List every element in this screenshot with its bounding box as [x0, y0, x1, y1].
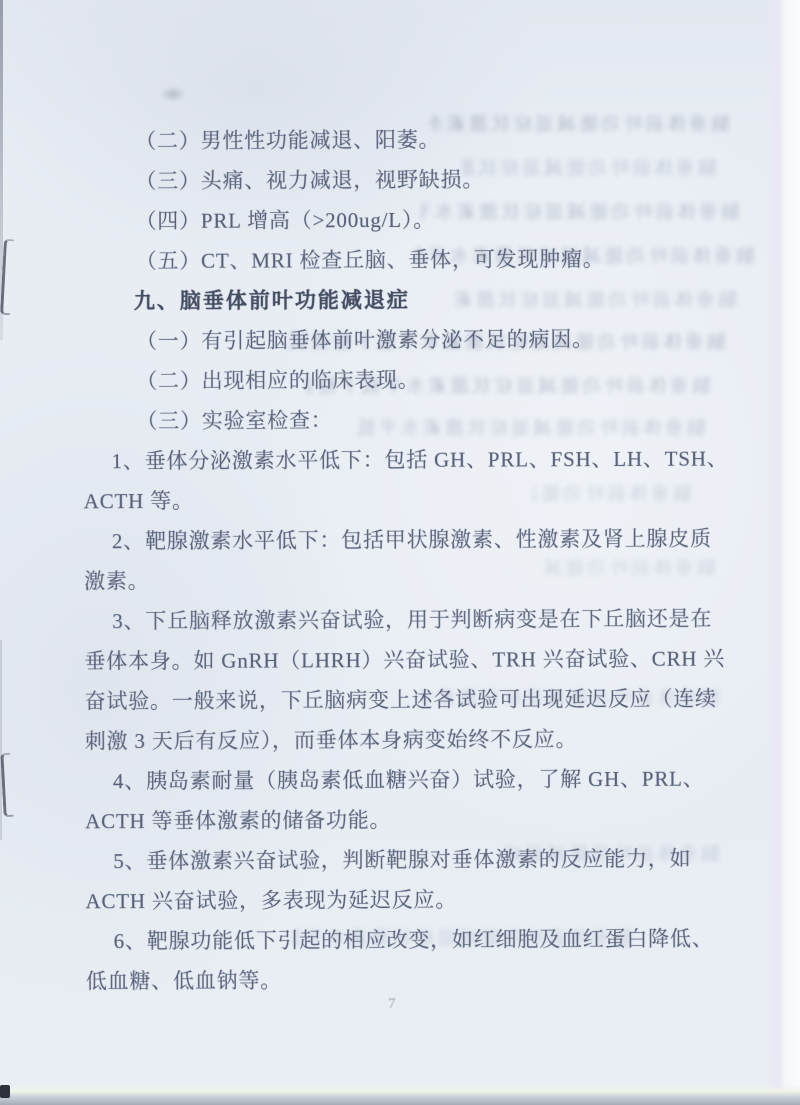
text-line: （五）CT、MRI 检查丘脑、垂体，可发现肿瘤。	[0, 238, 767, 281]
text-line: 1、垂体分泌激素水平低下：包括 GH、PRL、FSH、LH、TSH、	[0, 438, 768, 481]
text-line: 4、胰岛素耐量（胰岛素低血糖兴奋）试验，了解 GH、PRL、	[1, 758, 769, 801]
text-line: 6、靶腺功能低下引起的相应改变，如红细胞及血红蛋白降低、	[2, 918, 770, 961]
page-right-edge	[766, 0, 800, 1105]
text-line: （二）出现相应的临床表现。	[0, 358, 767, 401]
text-line: （三）实验室检查：	[0, 398, 767, 441]
scanned-document-page: 脑垂体前叶功能减退症状激素水平低下检查试验判断包括表现反应脑垂体前叶功能减退症状…	[0, 0, 800, 1105]
text-line: 5、垂体激素兴奋试验，判断靶腺对垂体激素的反应能力，如	[1, 838, 769, 881]
ink-smudge	[160, 86, 186, 102]
text-line: 3、下丘脑释放激素兴奋试验，用于判断病变是在下丘脑还是在	[0, 598, 768, 641]
text-line: 垂体本身。如 GnRH（LHRH）兴奋试验、TRH 兴奋试验、CRH 兴	[0, 638, 768, 681]
document-body: （二）男性性功能减退、阳萎。（三）头痛、视力减退，视野缺损。（四）PRL 增高（…	[0, 118, 770, 1001]
text-line: （一）有引起脑垂体前叶激素分泌不足的病因。	[0, 318, 767, 361]
text-line: （二）男性性功能减退、阳萎。	[0, 118, 766, 161]
text-line: （三）头痛、视力减退，视野缺损。	[0, 158, 766, 201]
page-bottom-edge	[0, 1085, 800, 1105]
page-left-edge	[0, 640, 2, 840]
text-line: 2、靶腺激素水平低下：包括甲状腺激素、性激素及肾上腺皮质	[0, 518, 768, 561]
text-line: ACTH 等垂体激素的储备功能。	[1, 798, 769, 841]
scan-corner-mark	[0, 1085, 10, 1098]
section-heading: 九、脑垂体前叶功能减退症	[0, 278, 767, 321]
text-line: 激素。	[0, 558, 768, 601]
text-line: 奋试验。一般来说，下丘脑病变上述各试验可出现延迟反应（连续	[1, 678, 769, 721]
text-line: ACTH 等。	[0, 478, 768, 521]
text-line: ACTH 兴奋试验，多表现为延迟反应。	[1, 878, 769, 921]
text-line: 低血糖、低血钠等。	[2, 958, 770, 1001]
text-line: （四）PRL 增高（>200ug/L）。	[0, 198, 767, 241]
text-line: 刺激 3 天后有反应），而垂体本身病变始终不反应。	[1, 718, 769, 761]
page-number: 7	[388, 996, 396, 1013]
